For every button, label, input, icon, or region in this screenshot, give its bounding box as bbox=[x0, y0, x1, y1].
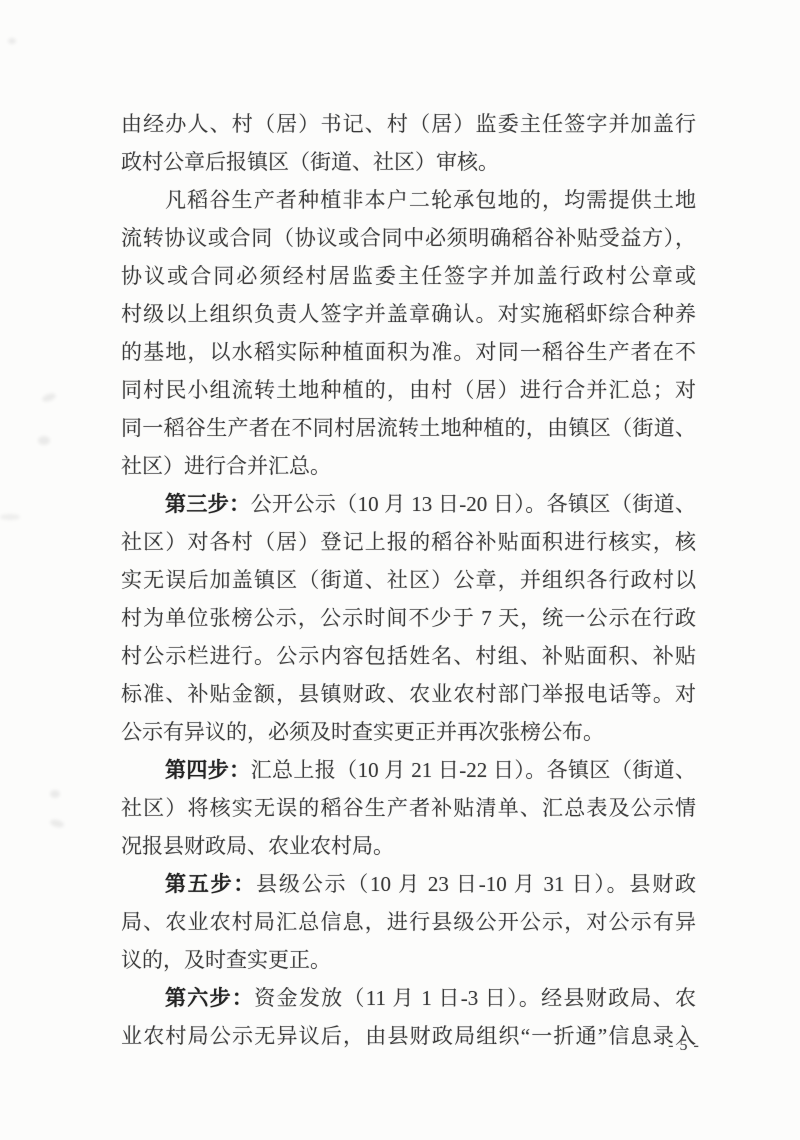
document-page: 由经办人、村（居）书记、村（居）监委主任签字并加盖行 政村公章后报镇区（街道、社… bbox=[0, 0, 800, 1140]
step-label: 第六步： bbox=[165, 987, 254, 1010]
step-text: 公开公示（10 月 13 日-20 日）。各镇区（街道、 bbox=[251, 492, 696, 516]
scan-smudge bbox=[38, 436, 50, 445]
text-line: 由经办人、村（居）书记、村（居）监委主任签字并加盖行 bbox=[121, 105, 696, 143]
page-content: 由经办人、村（居）书记、村（居）监委主任签字并加盖行 政村公章后报镇区（街道、社… bbox=[121, 105, 696, 1055]
step-label: 第五步： bbox=[165, 873, 256, 896]
text-line: 同村民小组流转土地种植的，由村（居）进行合并汇总；对 bbox=[121, 371, 696, 409]
text-line: 的基地，以水稻实际种植面积为准。对同一稻谷生产者在不 bbox=[121, 333, 696, 371]
scan-smudge bbox=[8, 38, 16, 44]
text-line: 社区）对各村（居）登记上报的稻谷补贴面积进行核实，核 bbox=[121, 523, 696, 561]
text-line: 第三步：公开公示（10 月 13 日-20 日）。各镇区（街道、 bbox=[121, 485, 696, 523]
text-line: 流转协议或合同（协议或合同中必须明确稻谷补贴受益方）， bbox=[121, 219, 696, 257]
step-text: 县级公示（10 月 23 日-10 月 31 日）。县财政 bbox=[256, 872, 696, 896]
text-line: 公示有异议的，必须及时查实更正并再次张榜公布。 bbox=[121, 713, 696, 751]
text-line: 议的，及时查实更正。 bbox=[121, 941, 696, 979]
text-line: 况报县财政局、农业农村局。 bbox=[121, 827, 696, 865]
step-text: 资金发放（11 月 1 日-3 日）。经县财政局、农 bbox=[254, 986, 696, 1010]
text-line: 局、农业农村局汇总信息，进行县级公开公示，对公示有异 bbox=[121, 903, 696, 941]
text-line: 标准、补贴金额，县镇财政、农业农村部门举报电话等。对 bbox=[121, 675, 696, 713]
text-line: 政村公章后报镇区（街道、社区）审核。 bbox=[121, 143, 696, 181]
scan-smudge bbox=[50, 790, 60, 798]
text-line: 社区）进行合并汇总。 bbox=[121, 447, 696, 485]
text-line: 实无误后加盖镇区（街道、社区）公章，并组织各行政村以 bbox=[121, 561, 696, 599]
text-line: 业农村局公示无异议后，由县财政局组织“一折通”信息录入 bbox=[121, 1017, 696, 1055]
step-label: 第三步： bbox=[165, 493, 251, 516]
text-line: 村为单位张榜公示，公示时间不少于 7 天，统一公示在行政 bbox=[121, 599, 696, 637]
text-line: 协议或合同必须经村居监委主任签字并加盖行政村公章或 bbox=[121, 257, 696, 295]
step-label: 第四步： bbox=[165, 759, 251, 782]
text-line: 同一稻谷生产者在不同村居流转土地种植的，由镇区（街道、 bbox=[121, 409, 696, 447]
text-line: 凡稻谷生产者种植非本户二轮承包地的，均需提供土地 bbox=[121, 181, 696, 219]
step-text: 汇总上报（10 月 21 日-22 日）。各镇区（街道、 bbox=[251, 758, 696, 782]
text-line: 第六步：资金发放（11 月 1 日-3 日）。经县财政局、农 bbox=[121, 979, 696, 1017]
scan-smudge bbox=[0, 514, 20, 520]
text-line: 村级以上组织负责人签字并盖章确认。对实施稻虾综合种养 bbox=[121, 295, 696, 333]
page-number: - 5 - bbox=[658, 1033, 710, 1059]
text-line: 第四步：汇总上报（10 月 21 日-22 日）。各镇区（街道、 bbox=[121, 751, 696, 789]
text-line: 村公示栏进行。公示内容包括姓名、村组、补贴面积、补贴 bbox=[121, 637, 696, 675]
text-line: 第五步：县级公示（10 月 23 日-10 月 31 日）。县财政 bbox=[121, 865, 696, 903]
scan-smudge bbox=[49, 818, 64, 828]
text-line: 社区）将核实无误的稻谷生产者补贴清单、汇总表及公示情 bbox=[121, 789, 696, 827]
scan-smudge bbox=[41, 392, 57, 403]
